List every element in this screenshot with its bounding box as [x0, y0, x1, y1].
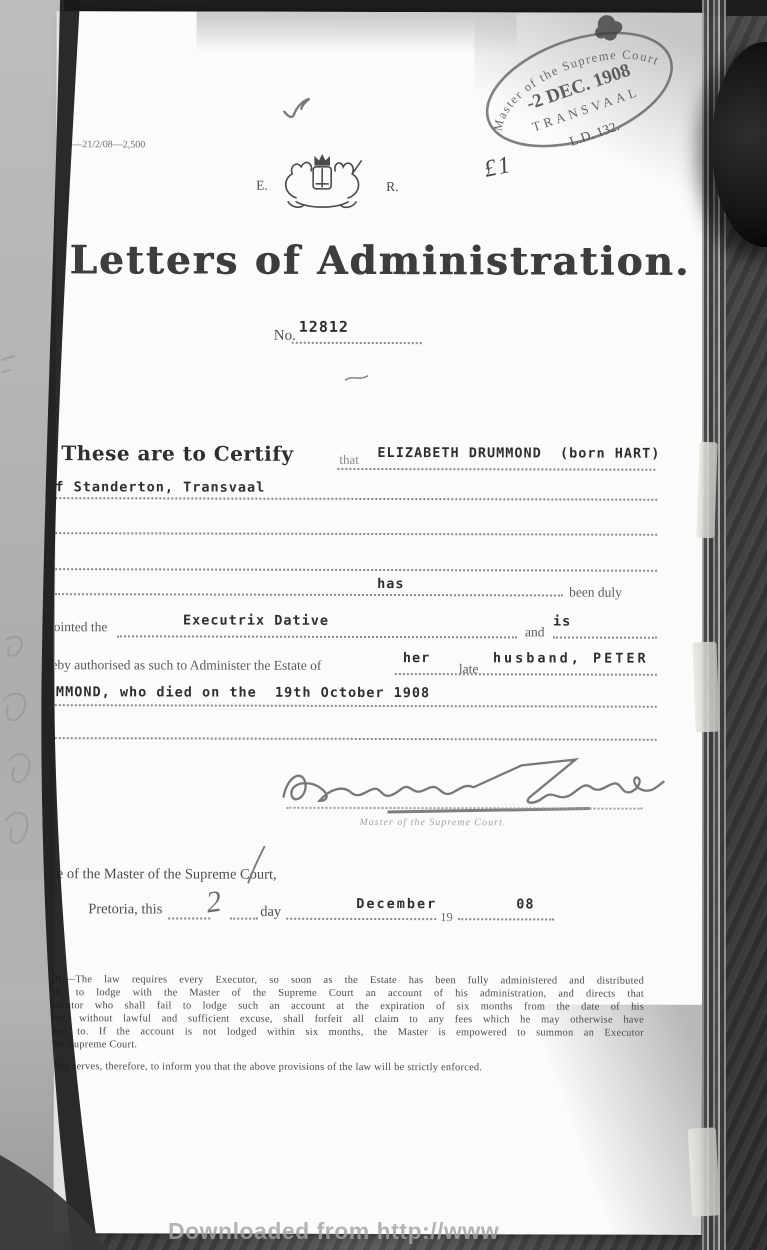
- day-label: day: [260, 904, 281, 921]
- site-watermark: Downloaded from http://www: [168, 1218, 499, 1245]
- handwritten-check-icon: [276, 92, 318, 124]
- has-typed: has: [377, 576, 404, 592]
- year-printed: 19: [440, 910, 453, 925]
- been-duly-label: been duly: [569, 584, 622, 600]
- grantee-name-typed: ELIZABETH DRUMMOND (born HART): [377, 445, 660, 462]
- pen-dash-mark: [344, 372, 370, 384]
- dotted-rule: [553, 636, 657, 638]
- page-tab-edge: [696, 442, 717, 539]
- page-title: Letters of Administration.: [56, 237, 704, 285]
- scanned-document-photo: —21/2/08—2,500 E. R. £1: [0, 0, 767, 1250]
- page-tab-edge: [688, 1127, 721, 1216]
- dotted-rule: [55, 532, 657, 536]
- cypher-letter-r: R.: [386, 179, 398, 195]
- that-label: that: [339, 452, 359, 468]
- nb-line: N.B.—The law requires every Executor, so…: [53, 974, 644, 987]
- dotted-rule: [168, 917, 210, 919]
- grant-number: 12812: [299, 318, 349, 336]
- husband-typed: husband, PETER: [493, 650, 649, 666]
- dotted-rule: [55, 593, 563, 596]
- handwritten-day: 2: [204, 885, 224, 921]
- month-typed: December: [356, 896, 437, 912]
- signature-caption: Master of the Supreme Court.: [359, 817, 506, 828]
- nb-line: Executor who shall fail to lodge such an…: [53, 1000, 644, 1013]
- dotted-rule: [286, 918, 436, 920]
- dotted-rule: [55, 704, 657, 708]
- dotted-rule: [458, 918, 554, 920]
- and-label: and: [525, 624, 545, 640]
- embossed-crest-blob: [591, 14, 626, 45]
- date-stamp: Master of the Supreme Court -2 DEC. 1908…: [468, 14, 690, 165]
- her-typed: her: [403, 650, 430, 666]
- dotted-rule: [292, 342, 422, 344]
- stamp-code: L.D. 132.: [568, 118, 622, 149]
- page-tab-edge: [692, 642, 719, 733]
- pen-stroke-mark: [244, 845, 270, 885]
- document-page: —21/2/08—2,500 E. R. £1: [53, 11, 704, 1235]
- dotted-rule: [55, 568, 657, 572]
- dotted-rule: [55, 737, 657, 741]
- year-typed: 08: [516, 896, 534, 912]
- dotted-rule: [55, 497, 657, 501]
- dotted-rule: [337, 468, 655, 471]
- scan-shading: [491, 1004, 702, 1235]
- nb-line: ment, without lawful and sufficient excu…: [53, 1013, 644, 1026]
- dotted-rule: [117, 635, 517, 638]
- nb-line: him, to lodge with the Master of the Sup…: [53, 987, 644, 1000]
- dotted-rule: [230, 918, 258, 920]
- book-gutter-shadow: [0, 0, 130, 1250]
- capacity-typed: Executrix Dative: [183, 612, 329, 628]
- is-typed: is: [553, 613, 571, 629]
- nb-line: titled to. If the account is not lodged …: [53, 1026, 644, 1039]
- dotted-rule: [395, 673, 657, 676]
- cypher-letter-e: E.: [256, 178, 268, 194]
- royal-coat-of-arms-icon: [274, 152, 370, 214]
- nb-line: e the Supreme Court.: [53, 1039, 644, 1052]
